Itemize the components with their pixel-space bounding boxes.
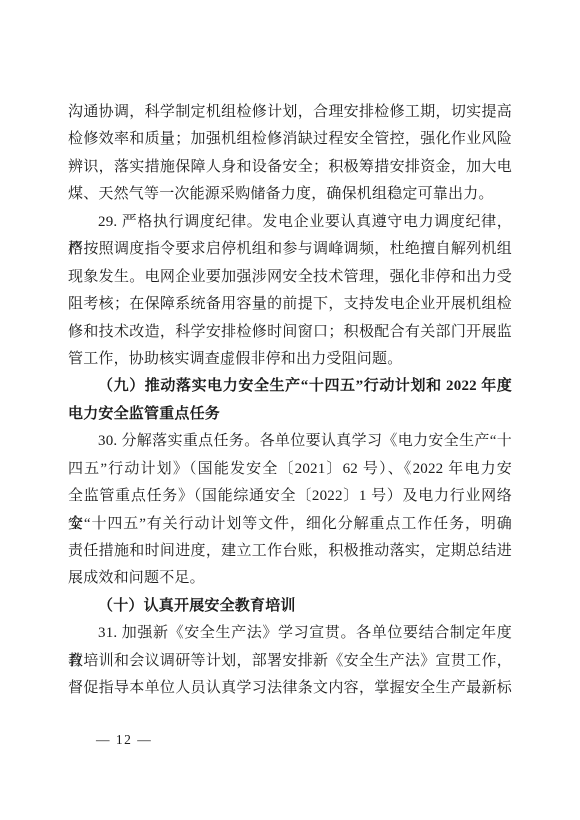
text-line: 电力安全监管重点任务 <box>68 401 512 428</box>
text-line: 责任措施和时间进度，建立工作台账，积极推动落实，定期总结进 <box>68 538 512 565</box>
text-line: 展成效和问题不足。 <box>68 565 512 592</box>
text-line: 沟通协调，科学制定机组检修计划，合理安排检修工期，切实提高 <box>68 99 512 126</box>
text-line: 育培训和会议调研等计划，部署安排新《安全生产法》宣贯工作， <box>68 648 512 675</box>
text-line: 现象发生。电网企业要加强涉网安全技术管理，强化非停和出力受 <box>68 264 512 291</box>
document-body: 沟通协调，科学制定机组检修计划，合理安排检修工期，切实提高检修效率和质量；加强机… <box>68 99 512 703</box>
text-line: 检修效率和质量；加强机组检修消缺过程安全管控，强化作业风险 <box>68 126 512 153</box>
text-line: （九）推动落实电力安全生产“十四五”行动计划和 2022 年度 <box>68 373 512 400</box>
page-number: — 12 — <box>96 732 152 748</box>
text-line: 30. 分解落实重点任务。各单位要认真学习《电力安全生产“十 <box>68 428 512 455</box>
text-line: 全“十四五”有关行动计划等文件，细化分解重点工作任务，明确 <box>68 511 512 538</box>
text-line: 辨识，落实措施保障人身和设备安全；积极筹措安排资金，加大电 <box>68 154 512 181</box>
text-line: 督促指导本单位人员认真学习法律条文内容，掌握安全生产最新标 <box>68 675 512 702</box>
text-line: 煤、天然气等一次能源采购储备力度，确保机组稳定可靠出力。 <box>68 181 512 208</box>
document-page: 沟通协调，科学制定机组检修计划，合理安排检修工期，切实提高检修效率和质量；加强机… <box>0 0 580 820</box>
text-line: 全监管重点任务》（国能综通安全〔2022〕1 号）及电力行业网络安 <box>68 483 512 510</box>
text-line: 阻考核；在保障系统备用容量的前提下，支持发电企业开展机组检 <box>68 291 512 318</box>
text-line: 管工作，协助核实调查虚假非停和出力受阻问题。 <box>68 346 512 373</box>
text-line: 29. 严格执行调度纪律。发电企业要认真遵守电力调度纪律，严 <box>68 209 512 236</box>
text-line: 四五”行动计划》（国能发安全〔2021〕62 号）、《2022 年电力安 <box>68 456 512 483</box>
text-line: 31. 加强新《安全生产法》学习宣贯。各单位要结合制定年度教 <box>68 620 512 647</box>
text-line: 修和技术改造，科学安排检修时间窗口；积极配合有关部门开展监 <box>68 319 512 346</box>
text-line: 格按照调度指令要求启停机组和参与调峰调频，杜绝擅自解列机组 <box>68 236 512 263</box>
text-line: （十）认真开展安全教育培训 <box>68 593 512 620</box>
